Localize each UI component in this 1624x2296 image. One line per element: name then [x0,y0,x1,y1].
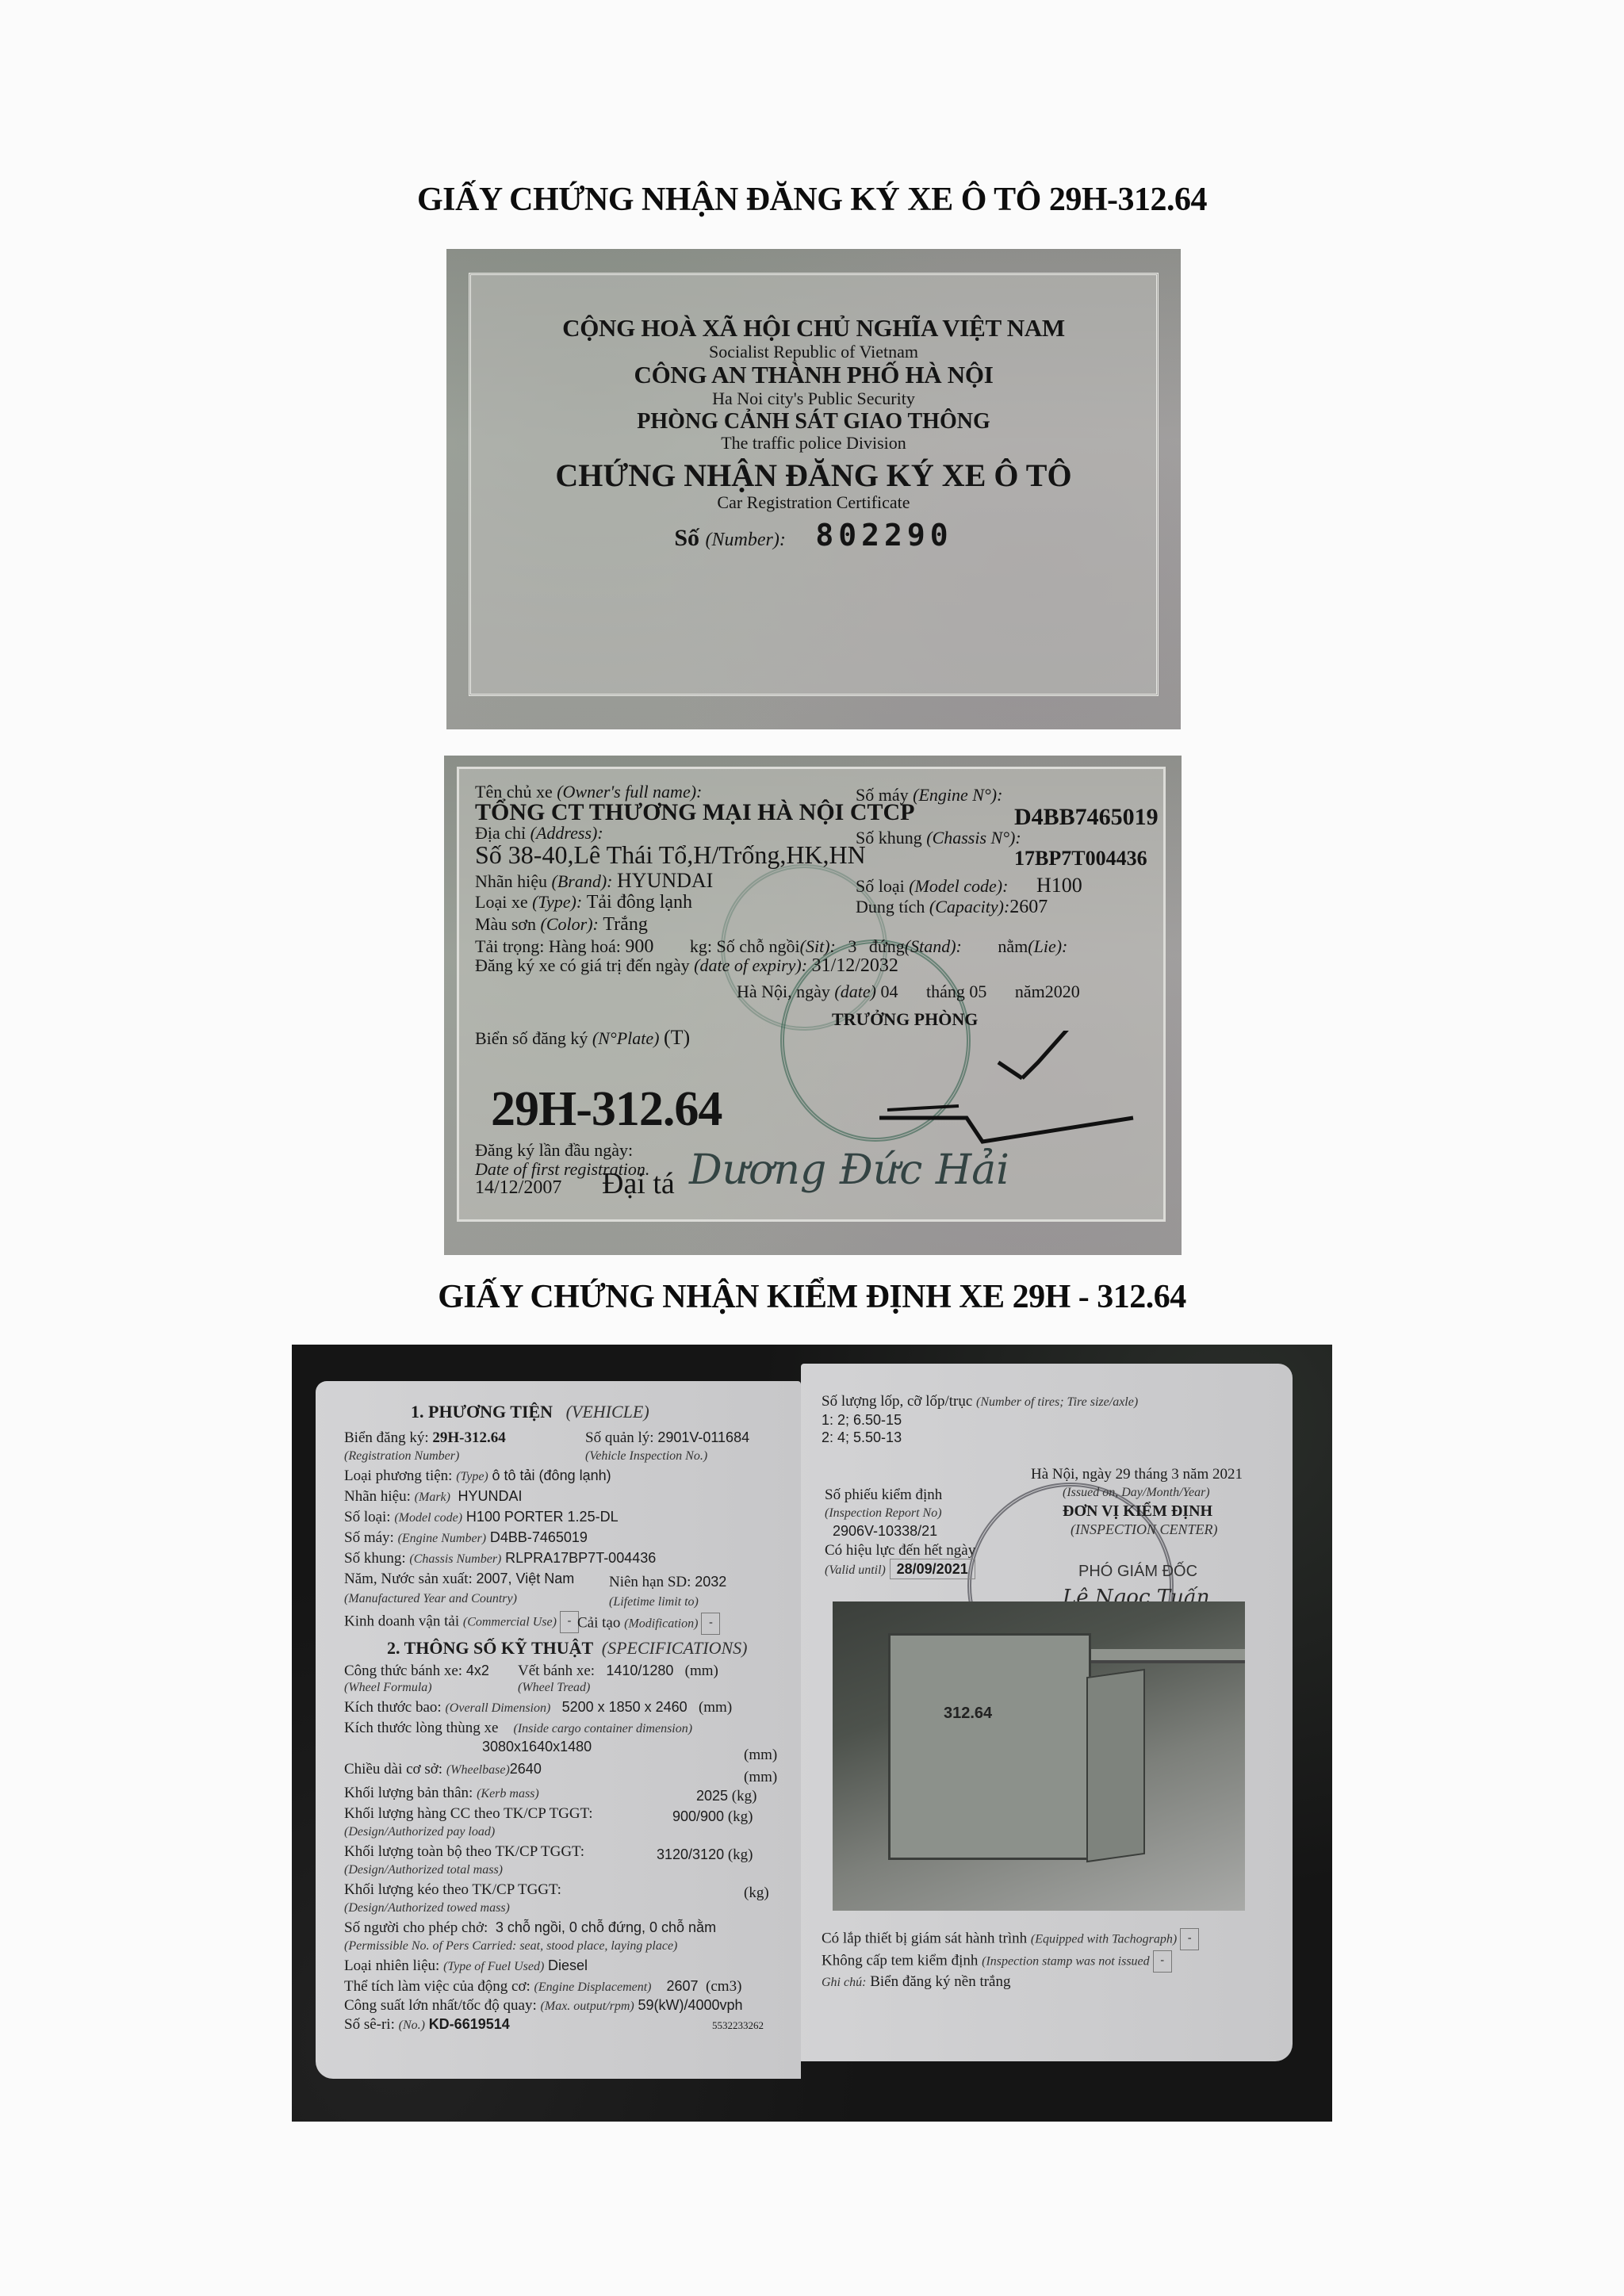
first-registration-label: Đăng ký lần đầu ngày: [475,1142,633,1159]
inspection-booklet-photo: 1. PHƯƠNG TIỆN (VEHICLE) Biển đăng ký: 2… [292,1345,1332,2122]
issued-label-en: (Issued on, Day/Month/Year) [1063,1484,1210,1499]
towed-mass-unit: (kg) [744,1885,769,1900]
registration-number-row: Biển đăng ký: 29H-312.64 [344,1430,506,1445]
tachograph-checkbox: - [1180,1928,1199,1950]
kerb-mass-value: 2025 (kg) [696,1789,756,1804]
first-registration-date: 14/12/2007 [475,1178,561,1197]
plate-label: Biển số đăng ký (N°Plate) (T) [475,1027,690,1048]
stamp-checkbox: - [1153,1950,1172,1973]
color-row: Màu sơn (Color): Trắng [475,915,648,934]
tire-axle-1: 1: 2; 6.50-15 [822,1413,902,1428]
signature-stroke-icon [737,1031,1149,1173]
report-label-en: (Inspection Report No) [825,1505,942,1520]
tachograph-row: Có lắp thiết bị giám sát hành trình (Equ… [822,1928,1199,1950]
payload-label-en: (Design/Authorized pay load) [344,1823,495,1839]
valid-until-label: Có hiệu lực đến hết ngày [825,1543,975,1558]
certificate-title-en: Car Registration Certificate [471,493,1156,513]
inspection-left-page: 1. PHƯƠNG TIỆN (VEHICLE) Biển đăng ký: 2… [316,1381,801,2079]
displacement-row: Thể tích làm việc của động cơ: (Engine D… [344,1979,741,1994]
valid-until-row: (Valid until) 28/09/2021 [825,1562,975,1577]
model-row: Số loại (Model code): H100 [856,875,1082,896]
stamp-not-issued-row: Không cấp tem kiểm định (Inspection stam… [822,1950,1172,1973]
report-number: 2906V-10338/21 [833,1524,937,1539]
vehicle-type-row: Loại phương tiện: (Type) ô tô tải (đông … [344,1468,611,1483]
country-name-vn: CỘNG HOÀ XÃ HỘI CHỦ NGHĨA VIỆT NAM [471,315,1156,342]
management-number-label-en: (Vehicle Inspection No.) [585,1448,707,1463]
chassis-number: 17BP7T004436 [1014,848,1147,869]
chassis-label: Số khung (Chassis N°): [856,829,1021,847]
total-mass-row: Khối lượng toàn bộ theo TK/CP TGGT: [344,1844,584,1859]
commercial-use-checkbox: - [560,1611,579,1633]
model-code-row: Số loại: (Model code) H100 PORTER 1.25-D… [344,1510,619,1525]
serial-row: Số sê-ri: (No.) KD-6619514 [344,2017,510,2032]
cargo-unit: (mm) [744,1747,777,1762]
persons-label-en: (Permissible No. of Pers Carried: seat, … [344,1938,677,1953]
number-label: Số [674,525,699,551]
wheel-tread-label-en: (Wheel Tread) [518,1679,590,1694]
management-number-row: Số quản lý: 2901V-011684 [585,1430,749,1445]
certificate-title-vn: CHỨNG NHẬN ĐĂNG KÝ XE Ô TÔ [471,458,1156,494]
certificate-number-row: Số (Number): 802290 [471,518,1156,553]
power-row: Công suất lớn nhất/tốc độ quay: (Max. ou… [344,1998,743,2013]
modification-checkbox: - [701,1613,720,1635]
lifetime-label-en: (Lifetime limit to) [609,1594,699,1609]
certificate-number: 802290 [815,518,952,553]
towed-mass-row: Khối lượng kéo theo TK/CP TGGT: [344,1882,561,1897]
tires-label: Số lượng lốp, cỡ lốp/trục (Number of tir… [822,1394,1138,1409]
registration-number-label-en: (Registration Number) [344,1448,459,1463]
expiry-row: Đăng ký xe có giá trị đến ngày (date of … [475,956,898,975]
wheel-formula-row: Công thức bánh xe: 4x2 [344,1663,489,1678]
section-specifications-title: 2. THÔNG SỐ KỸ THUẬT (SPECIFICATIONS) [387,1640,748,1657]
towed-mass-label-en: (Design/Authorized towed mass) [344,1900,510,1915]
load-seats-row: Tải trọng: Hàng hoá: 900 kg: Số chỗ ngồi… [475,937,1067,956]
payload-value: 900/900 (kg) [672,1809,753,1824]
engine-number: D4BB7465019 [1014,806,1159,829]
registration-card-front: CỘNG HOÀ XÃ HỘI CHỦ NGHĨA VIỆT NAM Socia… [446,249,1181,729]
issue-date-row: Hà Nội, ngày (date) 04 tháng 05 năm2020 [737,983,1080,1001]
inspection-center-en: (INSPECTION CENTER) [1071,1522,1218,1537]
report-label: Số phiếu kiểm định [825,1487,942,1502]
registration-card-back: Tên chủ xe (Owner's full name): Số máy (… [444,756,1182,1255]
owner-name: TỔNG CT THƯƠNG MẠI HÀ NỘI CTCP [475,801,915,825]
fuel-row: Loại nhiên liệu: (Type of Fuel Used) Die… [344,1958,588,1973]
division-name-en: The traffic police Division [471,434,1156,453]
engine-number-row: Số máy: (Engine Number) D4BB-7465019 [344,1530,588,1545]
brand-row: Nhãn hiệu (Brand): HYUNDAI [475,871,713,891]
address-label: Địa chỉ (Address): [475,825,603,842]
wheelbase-row: Chiều dài cơ sở: (Wheelbase)2640 [344,1762,542,1777]
manufacture-label-en: (Manufactured Year and Country) [344,1590,517,1605]
inspection-right-page: Số lượng lốp, cỡ lốp/trục (Number of tir… [801,1364,1293,2061]
plate-number: 29H-312.64 [491,1081,722,1138]
total-mass-label-en: (Design/Authorized total mass) [344,1862,503,1877]
type-row: Loại xe (Type): Tải đông lạnh [475,893,692,912]
signer-title: TRƯỞNG PHÒNG [832,1011,978,1028]
truck-plate-text: 312.64 [944,1705,992,1723]
truck-cab [1086,1669,1145,1862]
commercial-use-row: Kinh doanh vận tải (Commercial Use)- [344,1611,579,1633]
overall-dimension-row: Kích thước bao: (Overall Dimension) 5200… [344,1700,732,1715]
kerb-mass-row: Khối lượng bản thân: (Kerb mass) [344,1785,539,1800]
vehicle-photo: 312.64 [833,1601,1245,1911]
agency-name-en: Ha Noi city's Public Security [471,389,1156,409]
agency-name-vn: CÔNG AN THÀNH PHỐ HÀ NỘI [471,362,1156,389]
total-mass-value: 3120/3120 (kg) [657,1847,753,1862]
persons-row: Số người cho phép chở: 3 chỗ ngồi, 0 chỗ… [344,1920,716,1935]
truck-cargo-box [888,1633,1091,1860]
section-vehicle-title: 1. PHƯƠNG TIỆN (VEHICLE) [411,1403,649,1421]
cargo-dimension-row: Kích thước lòng thùng xe (Inside cargo c… [344,1720,692,1735]
chassis-number-row: Số khung: (Chassis Number) RLPRA17BP7T-0… [344,1551,656,1566]
signer-rank: Đại tá [602,1169,675,1199]
tire-axle-2: 2: 4; 5.50-13 [822,1430,902,1445]
cargo-dimension-value: 3080x1640x1480 [482,1739,592,1755]
lifetime-row: Niên hạn SD: 2032 [609,1575,726,1590]
division-name-vn: PHÒNG CẢNH SÁT GIAO THÔNG [471,409,1156,434]
manufacture-row: Năm, Nước sản xuất: 2007, Việt Nam [344,1571,574,1586]
number-label-en: (Number): [706,530,786,550]
inspection-center-title: ĐƠN VỊ KIỂM ĐỊNH [1063,1503,1212,1519]
registration-section-title: GIẤY CHỨNG NHẬN ĐĂNG KÝ XE Ô TÔ 29H-312.… [0,181,1624,219]
card-back-frame: Tên chủ xe (Owner's full name): Số máy (… [457,767,1166,1222]
inspection-section-title: GIẤY CHỨNG NHẬN KIỂM ĐỊNH XE 29H - 312.6… [0,1278,1624,1316]
card-front-frame: CỘNG HOÀ XÃ HỘI CHỦ NGHĨA VIỆT NAM Socia… [469,273,1159,696]
payload-row: Khối lượng hàng CC theo TK/CP TGGT: [344,1806,593,1821]
wheelbase-unit: (mm) [744,1770,777,1785]
owner-label: Tên chủ xe (Owner's full name): [475,783,702,801]
address-value: Số 38-40,Lê Thái Tổ,H/Trống,HK,HN [475,842,866,867]
country-name-en: Socialist Republic of Vietnam [471,342,1156,362]
mark-row: Nhãn hiệu: (Mark) HYUNDAI [344,1489,522,1504]
capacity-row: Dung tích (Capacity):2607 [856,897,1048,916]
signer-title: PHÓ GIÁM ĐỐC [1078,1563,1197,1579]
wheel-tread-row: Vết bánh xe: 1410/1280 (mm) [518,1663,718,1678]
modification-row: Cải tạo (Modification)- [577,1613,720,1635]
wheel-formula-label-en: (Wheel Formula) [344,1679,432,1694]
issued-date: Hà Nội, ngày 29 tháng 3 năm 2021 [1031,1467,1243,1482]
note-row: Ghi chú: Biển đăng ký nền trắng [822,1974,1010,1989]
barcode-number: 5532233262 [712,2020,764,2030]
